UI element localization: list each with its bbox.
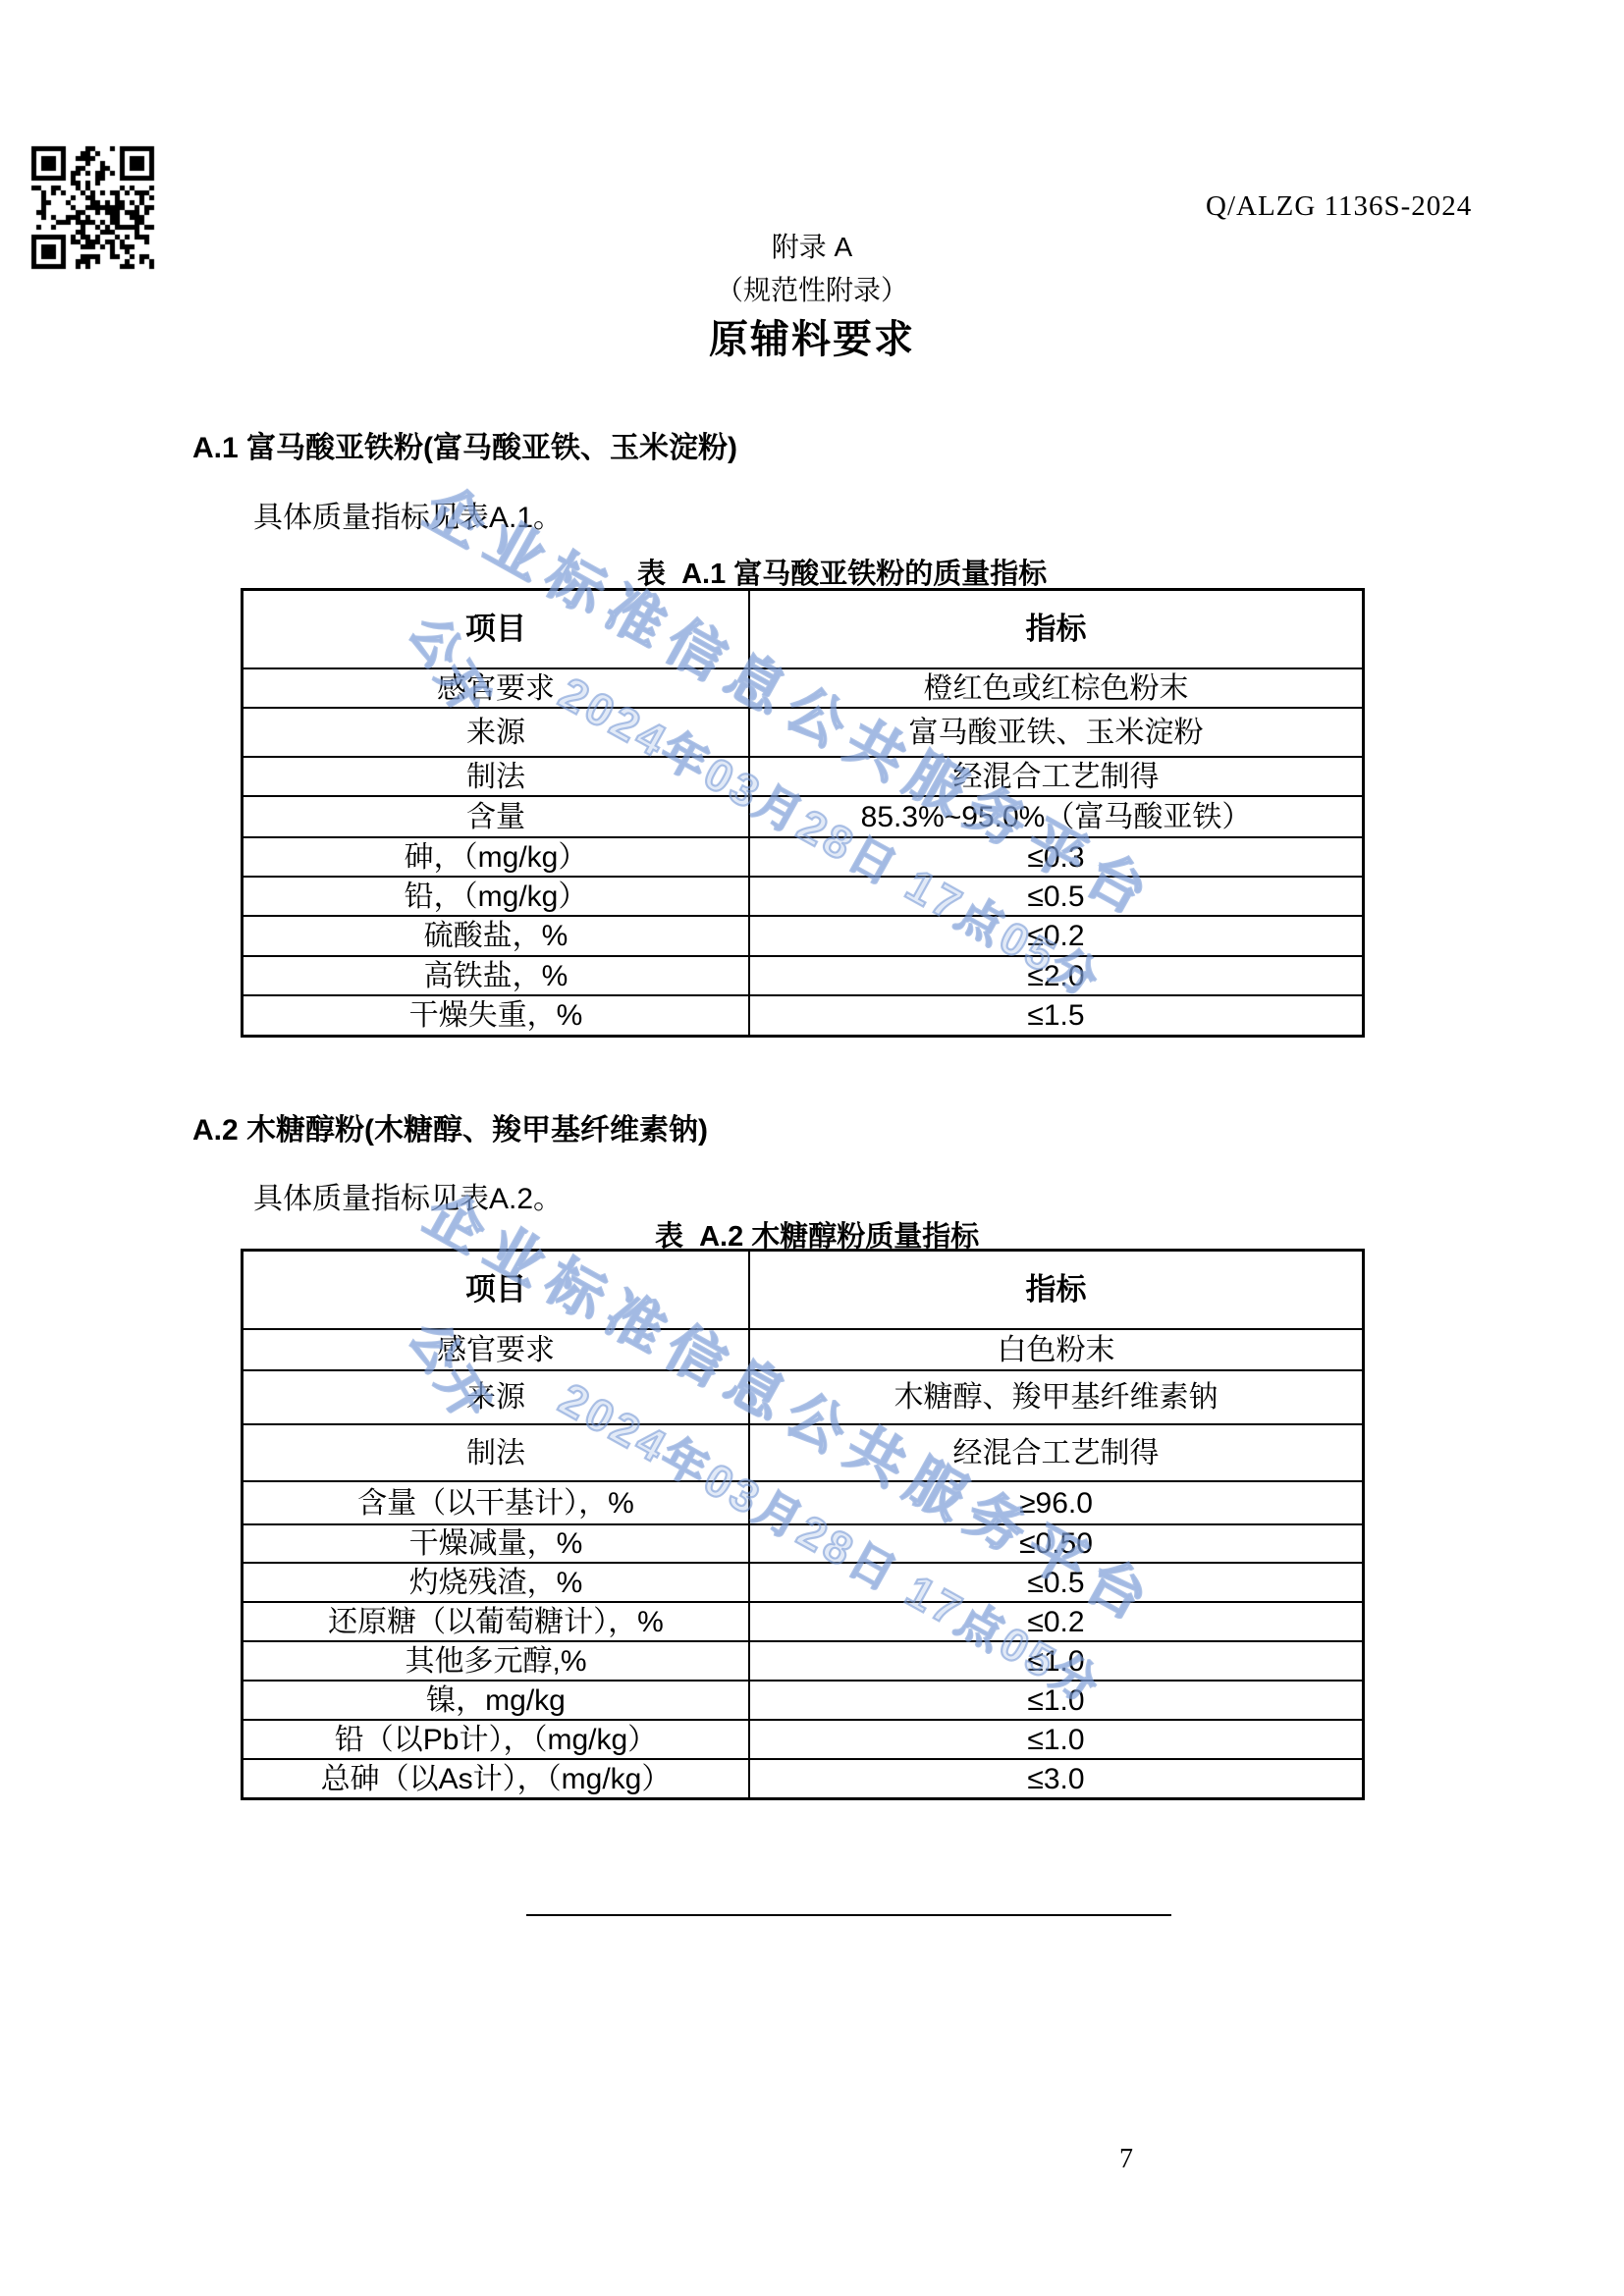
table-cell: 来源 [244,709,750,756]
section-a2-heading: A.2 木糖醇粉(木糖醇、羧甲基纤维素钠) [192,1105,708,1148]
table-cell: 含量（以干基计），% [244,1482,750,1523]
table-cell: 硫酸盐，% [244,917,750,955]
table-row: 砷，（mg/kg）≤0.3 [244,836,1362,876]
table-cell: 其他多元醇,% [244,1642,750,1680]
table-cell: 橙红色或红棕色粉末 [750,669,1362,707]
table-cell: 含量 [244,797,750,836]
doc-number: Q/ALZG 1136S-2024 [1206,190,1472,223]
table-cell: 砷，（mg/kg） [244,838,750,876]
table-cell: 富马酸亚铁、玉米淀粉 [750,709,1362,756]
table-row: 其他多元醇,%≤1.0 [244,1640,1362,1680]
table-cell: 还原糖（以葡萄糖计），% [244,1603,750,1640]
table-cell: ≤0.50 [750,1525,1362,1562]
table-cell: 干燥失重，% [244,996,750,1035]
table-row: 含量85.3%~95.0%（富马酸亚铁） [244,795,1362,836]
table-row: 感官要求白色粉末 [244,1328,1362,1369]
table-row: 铅，（mg/kg）≤0.5 [244,876,1362,915]
table-cell: 感官要求 [244,1330,750,1369]
table-row: 干燥失重，%≤1.5 [244,994,1362,1035]
table-cell: ≤0.3 [750,838,1362,876]
page-number: 7 [1119,2144,1133,2175]
table-cell: 干燥减量，% [244,1525,750,1562]
table-header-row: 项目指标 [244,1252,1362,1328]
table-a1-caption: 表 A.1 富马酸亚铁粉的质量指标 [637,552,1047,592]
table-row: 含量（以干基计），%≥96.0 [244,1480,1362,1523]
table-row: 干燥减量，%≤0.50 [244,1523,1362,1562]
table-cell: 总砷（以As计），（mg/kg） [244,1760,750,1797]
section-a1-heading: A.1 富马酸亚铁粉(富马酸亚铁、玉米淀粉) [192,423,737,466]
page-title: 原辅料要求 [0,308,1624,364]
section-a2-intro: 具体质量指标见表A.2。 [253,1174,563,1217]
table-cell: 来源 [244,1371,750,1423]
table-row: 来源富马酸亚铁、玉米淀粉 [244,707,1362,756]
footnote-separator-line [526,1914,1171,1916]
table-cell: 白色粉末 [750,1330,1362,1369]
table-row: 铅（以Pb计），（mg/kg）≤1.0 [244,1719,1362,1758]
table-cell: 制法 [244,1425,750,1480]
table-cell: 铅（以Pb计），（mg/kg） [244,1721,750,1758]
table-cell: 镍，mg/kg [244,1682,750,1719]
appendix-label: 附录 A [0,226,1624,265]
table-cell: ≥96.0 [750,1482,1362,1523]
table-cell: ≤0.5 [750,1564,1362,1601]
table-cell: 经混合工艺制得 [750,758,1362,795]
table-cell: 制法 [244,758,750,795]
table-header-cell: 指标 [750,1252,1362,1328]
table-cell: ≤2.0 [750,957,1362,994]
table-row: 制法经混合工艺制得 [244,1423,1362,1480]
table-header-row: 项目指标 [244,591,1362,667]
table-header-cell: 项目 [244,591,750,667]
section-a1-intro: 具体质量指标见表A.1。 [253,493,563,536]
table-row: 感官要求橙红色或红棕色粉末 [244,667,1362,707]
table-cell: 感官要求 [244,669,750,707]
table-cell: ≤1.0 [750,1642,1362,1680]
table-cell: 木糖醇、羧甲基纤维素钠 [750,1371,1362,1423]
table-cell: ≤1.0 [750,1682,1362,1719]
table-row: 镍，mg/kg≤1.0 [244,1680,1362,1719]
table-header-cell: 项目 [244,1252,750,1328]
appendix-note: （规范性附录） [0,269,1624,308]
table-cell: ≤0.2 [750,917,1362,955]
table-cell: ≤1.0 [750,1721,1362,1758]
table-a2: 项目指标感官要求白色粉末来源木糖醇、羧甲基纤维素钠制法经混合工艺制得含量（以干基… [241,1249,1365,1800]
table-row: 总砷（以As计），（mg/kg）≤3.0 [244,1758,1362,1797]
table-header-cell: 指标 [750,591,1362,667]
table-row: 灼烧残渣，%≤0.5 [244,1562,1362,1601]
table-cell: 铅，（mg/kg） [244,878,750,915]
table-cell: ≤0.5 [750,878,1362,915]
table-cell: ≤3.0 [750,1760,1362,1797]
table-row: 还原糖（以葡萄糖计），%≤0.2 [244,1601,1362,1640]
table-cell: ≤0.2 [750,1603,1362,1640]
table-row: 高铁盐，%≤2.0 [244,955,1362,994]
table-row: 来源木糖醇、羧甲基纤维素钠 [244,1369,1362,1423]
table-cell: 灼烧残渣，% [244,1564,750,1601]
document-page: Q/ALZG 1136S-2024 附录 A （规范性附录） 原辅料要求 A.1… [0,0,1624,2296]
table-cell: 85.3%~95.0%（富马酸亚铁） [750,797,1362,836]
table-row: 制法经混合工艺制得 [244,756,1362,795]
table-a1: 项目指标感官要求橙红色或红棕色粉末来源富马酸亚铁、玉米淀粉制法经混合工艺制得含量… [241,588,1365,1038]
table-cell: ≤1.5 [750,996,1362,1035]
table-row: 硫酸盐，%≤0.2 [244,915,1362,955]
table-cell: 高铁盐，% [244,957,750,994]
table-cell: 经混合工艺制得 [750,1425,1362,1480]
